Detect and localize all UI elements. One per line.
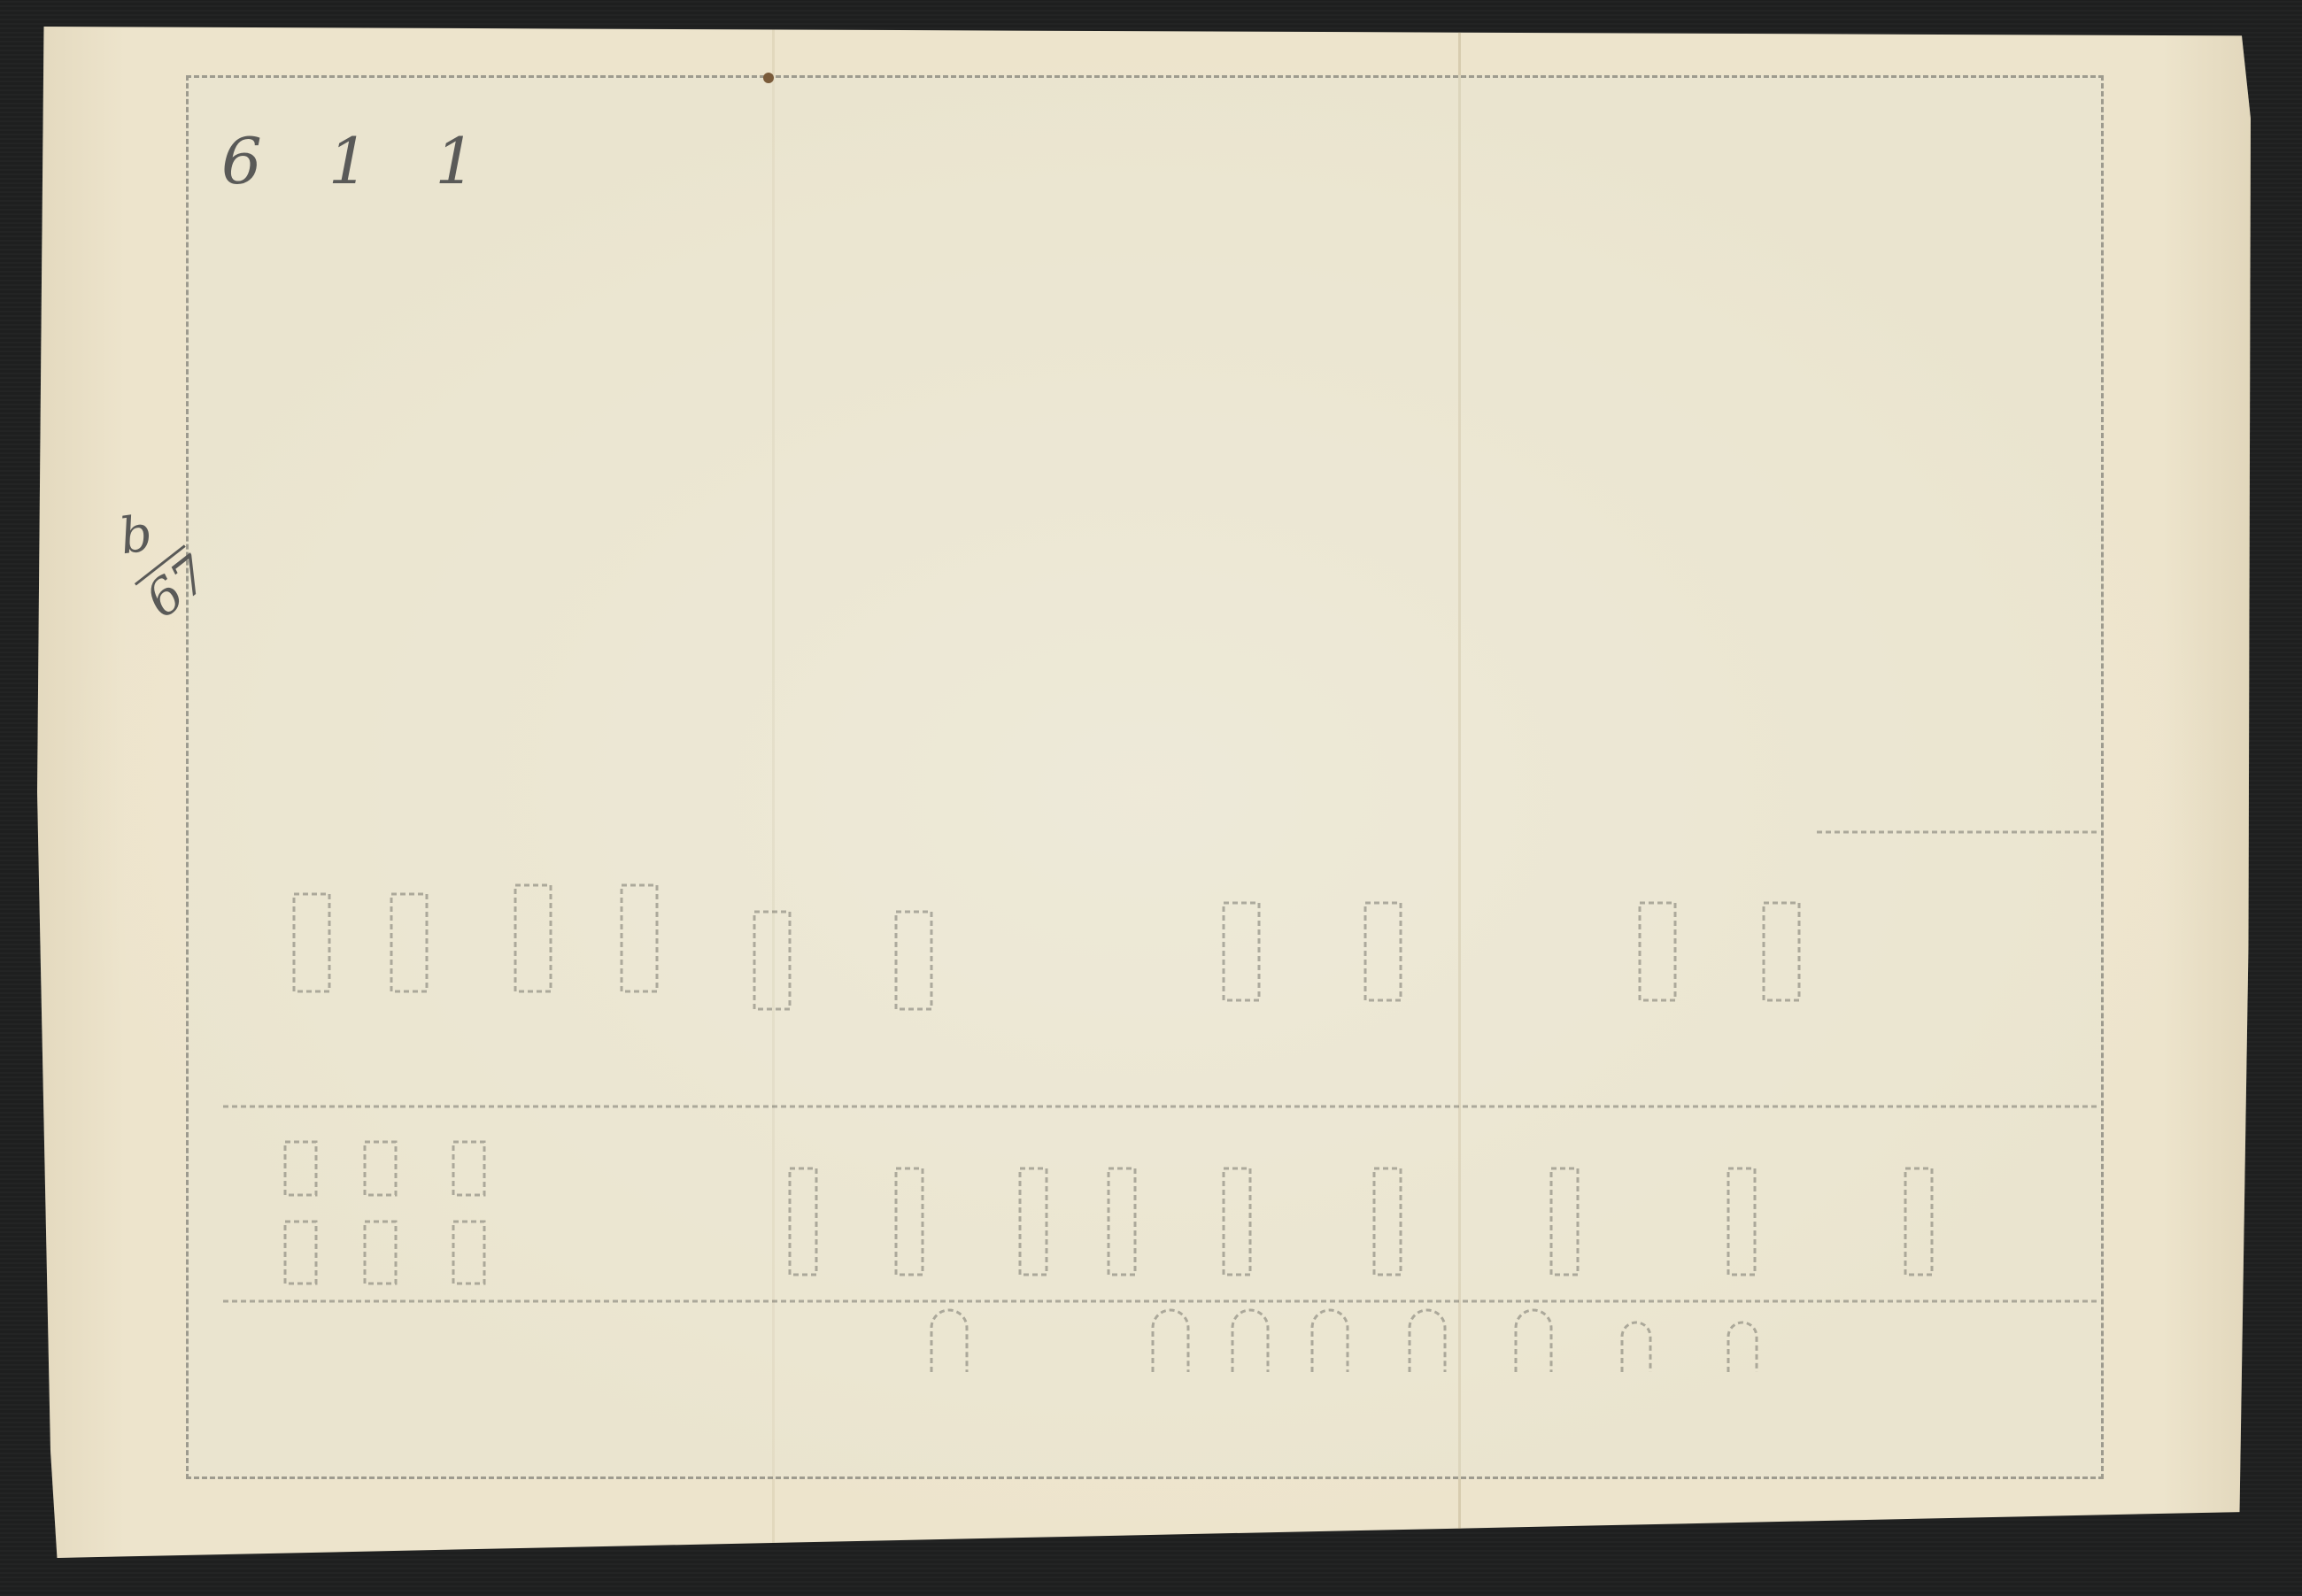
pin-hole [763, 73, 774, 83]
pencil-inventory-number: 6 1 1 [221, 124, 498, 198]
building-elevation-showthrough [223, 806, 2100, 1443]
paper-sheet: 6 1 1 b 67 [37, 27, 2251, 1558]
pencil-margin-note: b 67 [117, 499, 212, 621]
